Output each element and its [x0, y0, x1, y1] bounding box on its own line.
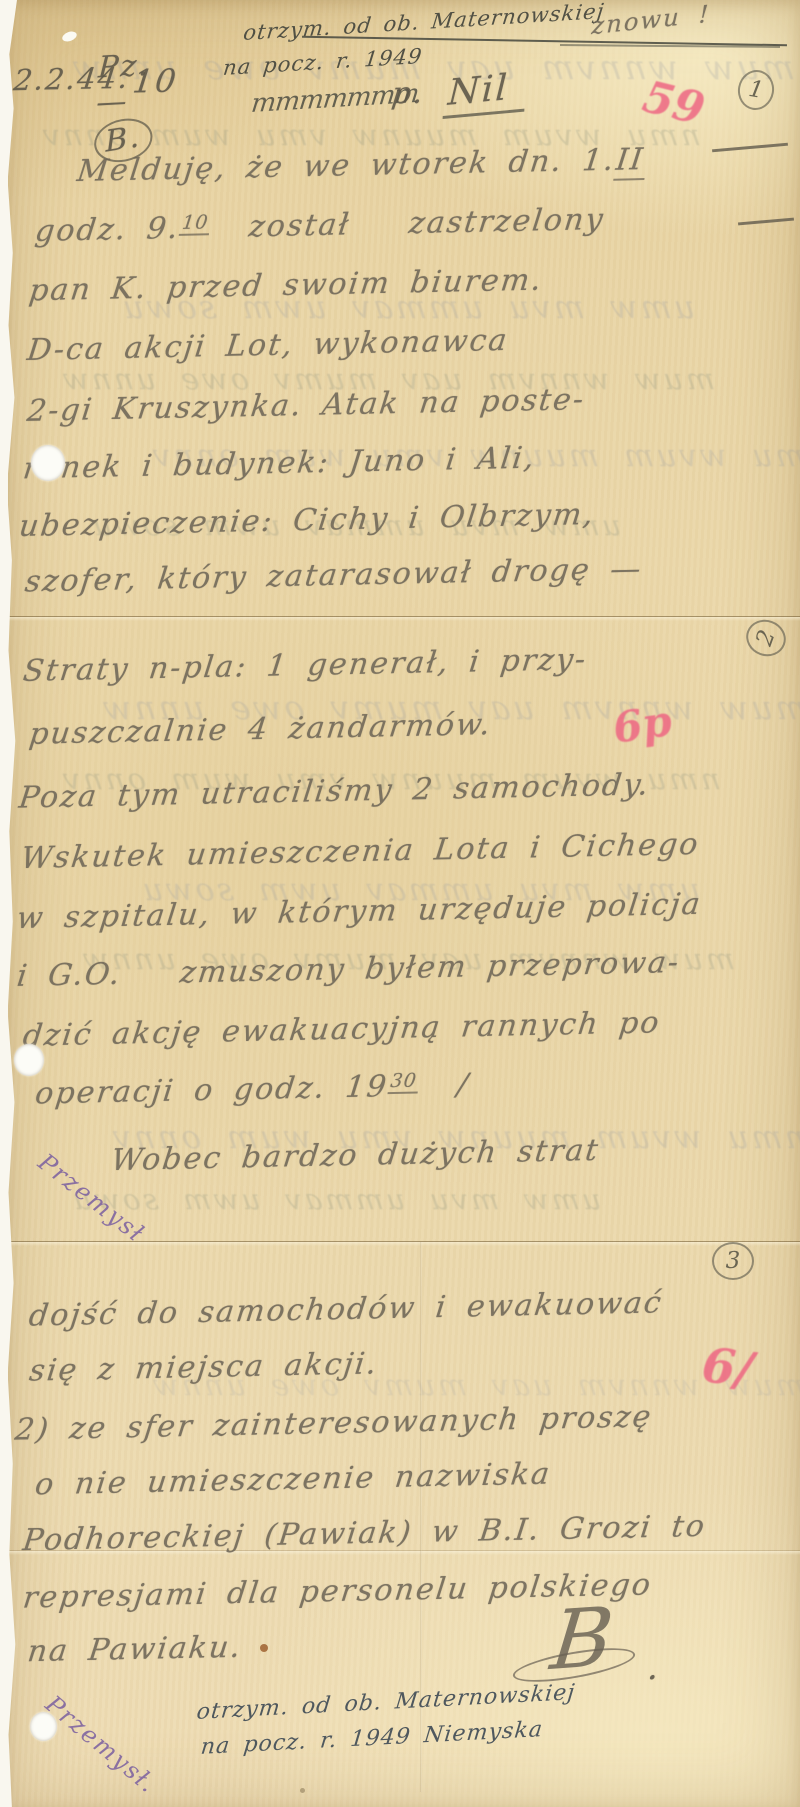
punch-hole-2	[14, 1044, 44, 1076]
document-number: 10	[131, 62, 180, 101]
month-roman: II	[613, 142, 649, 181]
addressee: Nil	[443, 66, 526, 119]
punch-hole-1	[31, 445, 65, 481]
page-number-3: 3	[712, 1242, 754, 1280]
scanned-document: muw wnnvm uav mumv owe unnw nmu wvum muu…	[0, 0, 800, 1807]
addressee-line: p. Nil	[389, 69, 528, 118]
time-superscript: 30	[387, 1070, 420, 1095]
paper-speck	[300, 1788, 305, 1793]
date: 2.2.44.	[12, 61, 132, 97]
addressee-prefix: p.	[390, 76, 427, 112]
bleedthrough-text: umw mvu ummav uwm sowu	[68, 1182, 603, 1216]
fold-crease-1	[0, 611, 800, 623]
pink-mark-bottom: 6/	[699, 1337, 756, 1398]
time-superscript: 10	[179, 211, 212, 236]
line-text: /	[416, 1067, 472, 1103]
report-line: na Pawiaku.	[26, 1630, 244, 1669]
pink-mark-mid: 6p	[610, 696, 675, 753]
line-text: operacji o godz. 19	[33, 1069, 390, 1111]
line-text: godz. 9.	[33, 211, 182, 249]
paper-speck	[260, 1644, 268, 1652]
punch-hole-3	[30, 1712, 57, 1741]
report-line: się z miejsca akcji.	[27, 1346, 380, 1388]
